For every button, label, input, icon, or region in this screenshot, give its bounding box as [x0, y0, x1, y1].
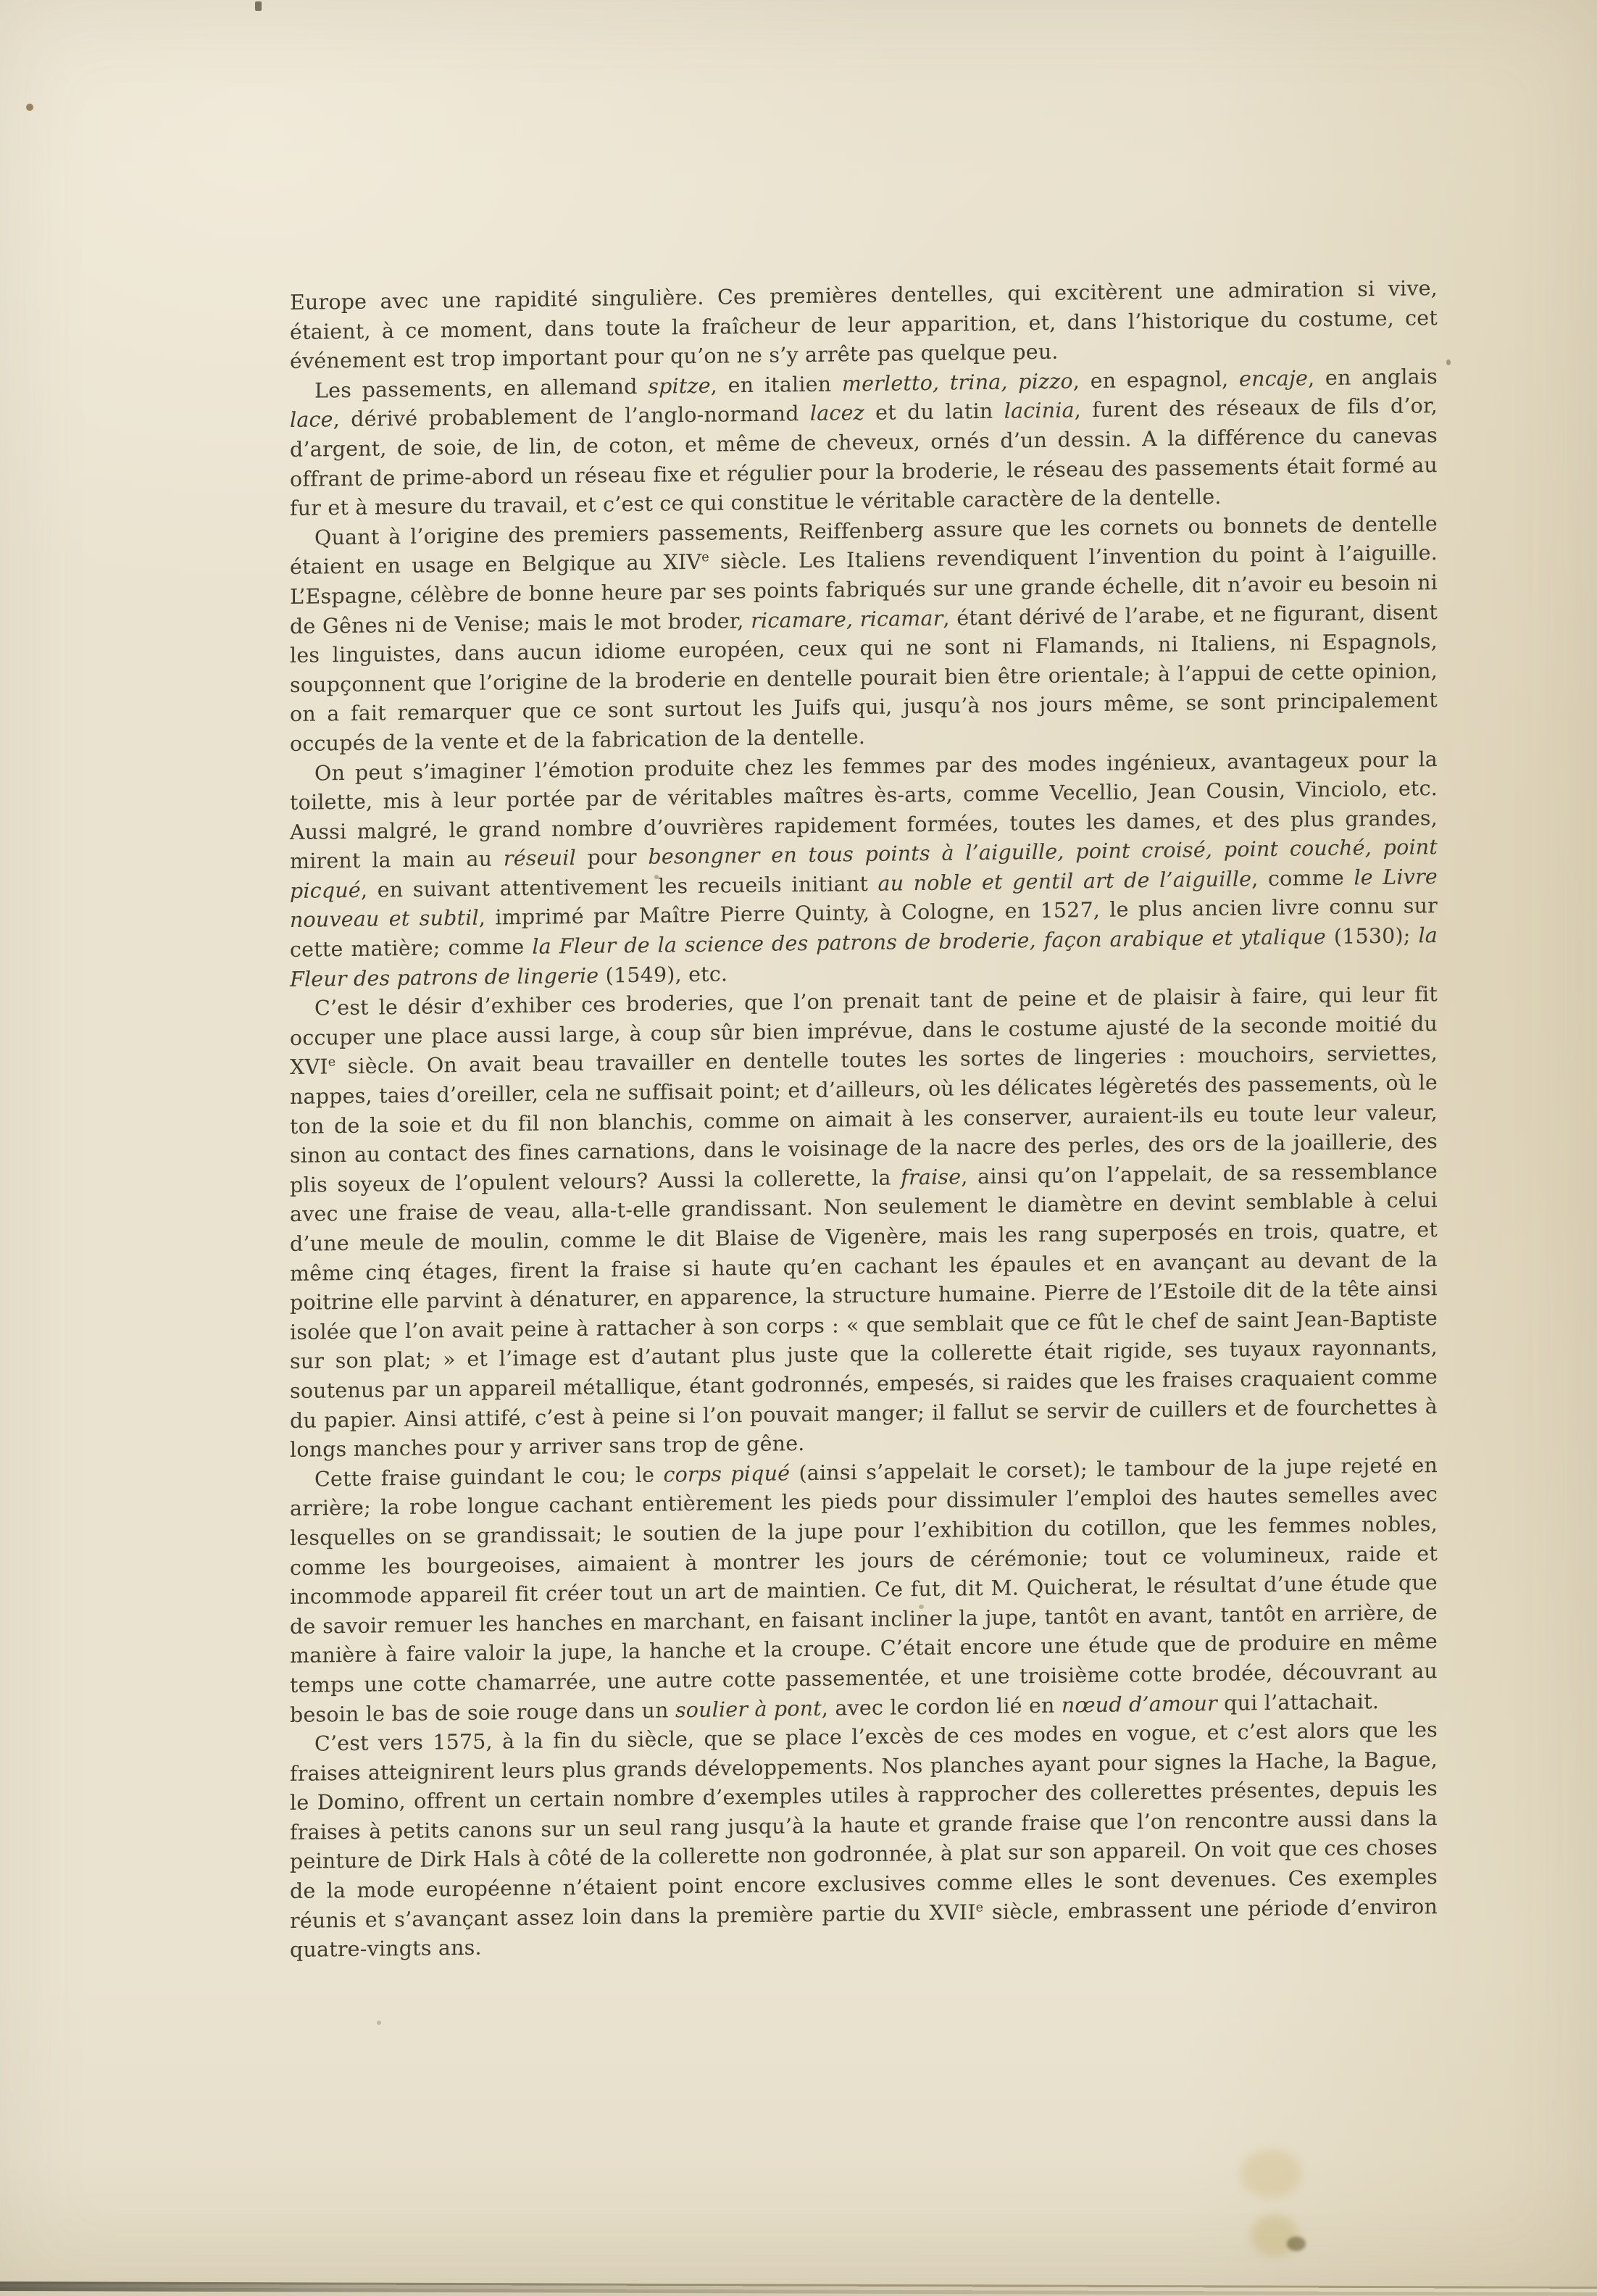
- text-segment: , en italien: [711, 372, 842, 397]
- text-segment: encaje: [1239, 366, 1308, 391]
- scanned-page: Europe avec une rapidité singulière. Ces…: [0, 0, 1597, 2296]
- text-segment: (1549), etc.: [599, 962, 727, 987]
- text-segment: fraise: [901, 1165, 961, 1189]
- text-segment: , en anglais: [1308, 365, 1438, 390]
- paper-stain: [1287, 2237, 1306, 2251]
- text-segment: lacinia: [1004, 399, 1075, 423]
- text-segment: Les passements, en allemand: [314, 375, 648, 403]
- text-segment: et du latin: [864, 399, 1004, 425]
- text-segment: (1530);: [1326, 923, 1419, 949]
- text-segment: réseuil: [504, 846, 576, 870]
- text-segment: , ainsi qu’on l’appelait, de sa ressembl…: [290, 1159, 1438, 1462]
- text-segment: qui l’attachait.: [1217, 1689, 1379, 1715]
- text-segment: e: [701, 551, 709, 565]
- text-segment: merletto, trina, pizzo: [842, 369, 1073, 396]
- text-segment: , comme: [1251, 865, 1354, 891]
- text-segment: soulier à pont: [675, 1696, 822, 1722]
- paragraph-2: Les passements, en allemand spitze, en i…: [290, 362, 1438, 524]
- text-segment: pour: [576, 845, 649, 870]
- text-segment: , en suivant attentivement les recueils …: [361, 872, 878, 902]
- text-segment: ricamare, ricamar: [751, 606, 943, 632]
- text-segment: au noble et gentil art de l’aiguille: [878, 867, 1252, 895]
- paragraph-1: Europe avec une rapidité singulière. Ces…: [290, 274, 1438, 377]
- text-segment: , en espagnol,: [1073, 367, 1239, 393]
- text-column: Europe avec une rapidité singulière. Ces…: [290, 274, 1438, 1966]
- paragraph-4: On peut s’imaginer l’émotion produite ch…: [290, 745, 1438, 995]
- paper-stain: [1241, 2150, 1301, 2197]
- text-segment: , dérivé probablement de l’anglo-normand: [333, 402, 810, 431]
- paragraph-6: Cette fraise guindant le cou; le corps p…: [290, 1451, 1438, 1730]
- paper-speck: [377, 2021, 381, 2025]
- text-segment: e: [328, 1055, 336, 1070]
- text-segment: , avec le cordon lié en: [822, 1693, 1062, 1720]
- paper-speck: [1446, 359, 1451, 365]
- text-segment: lacez: [810, 401, 864, 425]
- text-segment: la Fleur de la science des patrons de br…: [532, 925, 1326, 959]
- text-segment: corps piqué: [663, 1461, 790, 1486]
- text-segment: nœud d’amour: [1062, 1691, 1217, 1717]
- paragraph-5: C’est le désir d’exhiber ces broderies, …: [290, 980, 1438, 1465]
- text-segment: (ainsi s’appelait le corset); le tambour…: [290, 1453, 1438, 1727]
- paragraph-7: C’est vers 1575, à la fin du siècle, que…: [290, 1715, 1438, 1966]
- paragraph-3: Quant à l’origine des premiers passement…: [290, 509, 1438, 760]
- text-segment: e: [976, 1900, 984, 1915]
- paper-speck: [255, 1, 262, 11]
- text-segment: lace: [290, 408, 333, 433]
- paper-speck: [26, 104, 33, 111]
- paper-stain: [1251, 2215, 1298, 2257]
- text-segment: Cette fraise guindant le cou; le: [314, 1463, 663, 1491]
- text-segment: spitze: [648, 373, 711, 398]
- text-segment: Europe avec une rapidité singulière. Ces…: [290, 276, 1438, 373]
